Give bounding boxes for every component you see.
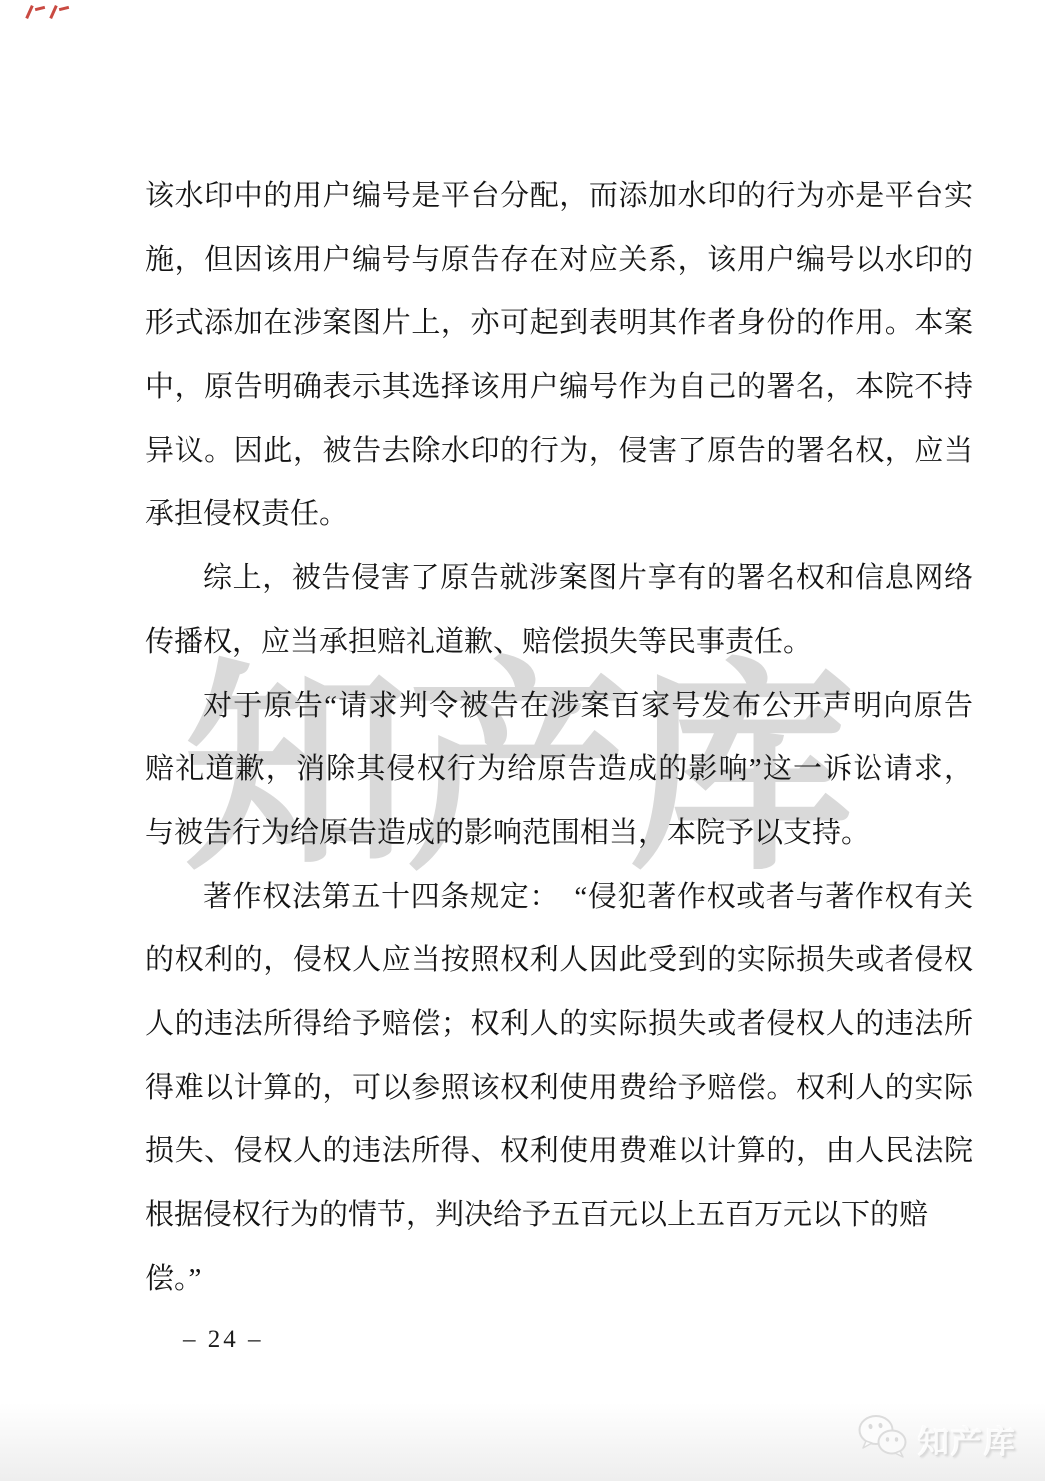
text-line: 形式添加在涉案图片上，亦可起到表明其作者身份的作用。本案	[145, 292, 973, 356]
text-line: 承担侵权责任。	[145, 483, 973, 547]
text-line: 得难以计算的，可以参照该权利使用费给予赔偿。权利人的实际	[145, 1057, 973, 1121]
text-line: 赔礼道歉，消除其侵权行为给原告造成的影响”这一诉讼请求，	[145, 738, 973, 802]
wechat-chat-bubbles-icon	[856, 1413, 910, 1466]
red-pen-marks-icon	[26, 2, 86, 22]
page-number: – 24 –	[183, 1326, 264, 1354]
text-line: 的权利的，侵权人应当按照权利人因此受到的实际损失或者侵权	[145, 929, 973, 993]
text-line: 综上，被告侵害了原告就涉案图片享有的署名权和信息网络	[145, 547, 973, 611]
text-line: 异议。因此，被告去除水印的行为，侵害了原告的署名权，应当	[145, 420, 973, 484]
text-line: 施，但因该用户编号与原告存在对应关系，该用户编号以水印的	[145, 229, 973, 293]
text-line: 与被告行为给原告造成的影响范围相当，本院予以支持。	[145, 802, 973, 866]
footer-logo: 知产库	[856, 1413, 1017, 1466]
text-line: 损失、侵权人的违法所得、权利使用费难以计算的，由人民法院	[145, 1120, 973, 1184]
text-line: 人的违法所得给予赔偿；权利人的实际损失或者侵权人的违法所	[145, 993, 973, 1057]
text-line: 传播权，应当承担赔礼道歉、赔偿损失等民事责任。	[145, 611, 973, 675]
footer-strip: 知产库	[0, 1403, 1045, 1481]
text-line: 对于原告“请求判令被告在涉案百家号发布公开声明向原告	[145, 675, 973, 739]
text-line: 中，原告明确表示其选择该用户编号作为自己的署名，本院不持	[145, 356, 973, 420]
text-line: 根据侵权行为的情节，判决给予五百元以上五百万元以下的赔偿。”	[145, 1184, 973, 1248]
text-block: 该水印中的用户编号是平台分配，而添加水印的行为亦是平台实施，但因该用户编号与原告…	[145, 165, 973, 1248]
text-line: 著作权法第五十四条规定： “侵犯著作权或者与著作权有关	[145, 866, 973, 930]
footer-logo-text: 知产库	[918, 1417, 1017, 1462]
text-line: 该水印中的用户编号是平台分配，而添加水印的行为亦是平台实	[145, 165, 973, 229]
